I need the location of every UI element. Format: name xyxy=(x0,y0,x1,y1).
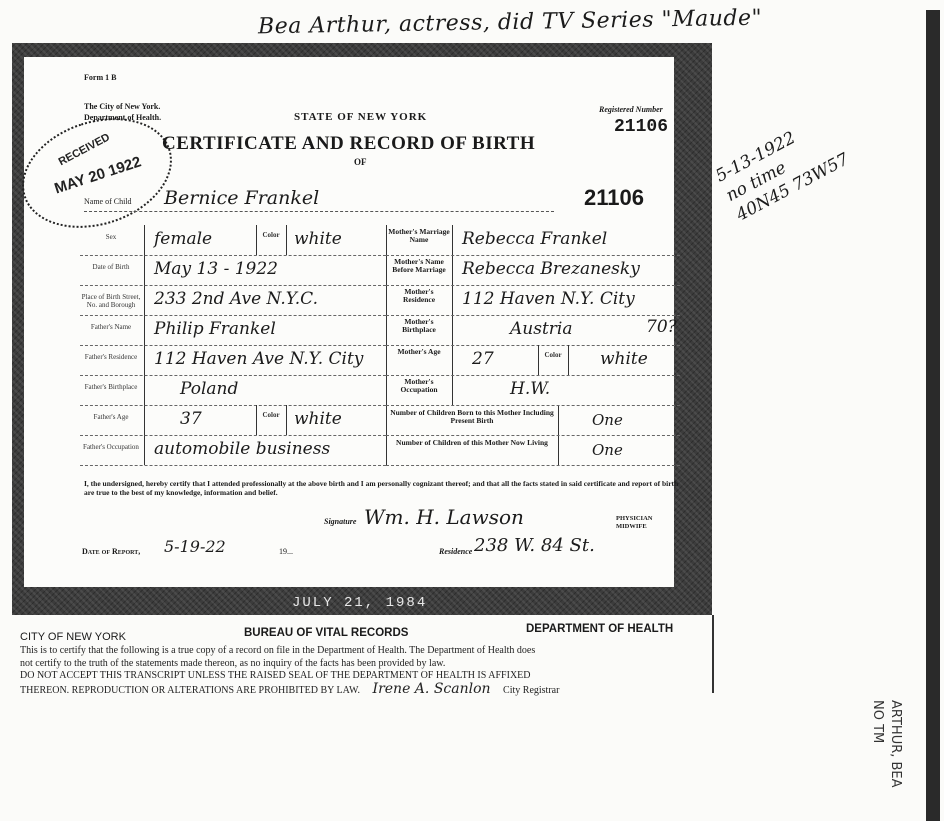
color-value: white xyxy=(600,349,648,369)
copy-date-strip: JULY 21, 1984 xyxy=(12,593,712,615)
left-field-value: 37 xyxy=(180,409,202,429)
certification-statement: I, the undersigned, hereby certify that … xyxy=(84,479,684,497)
vertical-note-name: ARTHUR, BEA xyxy=(886,700,904,788)
left-field-value: female xyxy=(154,229,212,249)
right-field-label: Number of Children of this Mother Now Li… xyxy=(388,439,556,447)
state-heading: STATE OF NEW YORK xyxy=(294,111,427,123)
left-field-value: 233 2nd Ave N.Y.C. xyxy=(154,289,318,309)
color-value: white xyxy=(294,229,342,249)
right-field-label: Mother's Residence xyxy=(388,288,450,304)
copy-date-stamp: JULY 21, 1984 xyxy=(292,595,427,611)
report-date-label: Date of Report, xyxy=(82,547,140,556)
left-field-label: Father's Residence xyxy=(80,353,142,361)
certificate-sheet: Form 1 B The City of New York. Departmen… xyxy=(24,57,674,587)
bureau-certification-footer: CITY OF NEW YORK BUREAU OF VITAL RECORDS… xyxy=(12,615,714,693)
form-number: Form 1 B xyxy=(84,73,116,82)
footer-department: DEPARTMENT OF HEALTH xyxy=(526,623,673,635)
vertical-note-tm: NO TM xyxy=(868,700,886,788)
report-year-suffix: 19... xyxy=(279,547,293,556)
right-field-label: Mother's Age xyxy=(388,348,450,356)
left-field-label: Date of Birth xyxy=(80,263,142,271)
left-field-label: Sex xyxy=(80,233,142,241)
vertical-file-note: ARTHUR, BEA NO TM xyxy=(868,700,904,788)
grid-divider xyxy=(256,405,257,435)
physician-signature: Wm. H. Lawson xyxy=(364,505,524,529)
right-field-label: Mother's Name Before Marriage xyxy=(388,258,450,274)
certificate-title: CERTIFICATE AND RECORD OF BIRTH xyxy=(162,133,535,155)
left-field-value: Poland xyxy=(180,379,238,399)
left-field-value: May 13 - 1922 xyxy=(154,259,278,279)
grid-divider xyxy=(568,345,569,375)
registrar-title: City Registrar xyxy=(503,685,559,696)
grid-divider xyxy=(286,225,287,255)
title-of: OF xyxy=(354,157,367,167)
left-field-label: Place of Birth Street, No. and Borough xyxy=(80,293,142,309)
left-field-value: automobile business xyxy=(154,439,330,459)
report-date-value: 5-19-22 xyxy=(164,537,226,556)
signature-label: Signature xyxy=(324,517,356,526)
footer-city: CITY OF NEW YORK xyxy=(20,631,126,643)
right-field-value: 112 Haven N.Y. City xyxy=(462,289,635,309)
left-field-value: Philip Frankel xyxy=(154,319,276,339)
scan-edge-bar xyxy=(926,10,940,821)
handwritten-top-note: Bea Arthur, actress, did TV Series "Maud… xyxy=(258,6,763,40)
left-field-label: Father's Age xyxy=(80,413,142,421)
child-name-value: Bernice Frankel xyxy=(164,187,319,209)
handwritten-side-note: 5-13-1922 no time 40N45 73W57 xyxy=(712,110,853,227)
registered-number-label: Registered Number xyxy=(599,105,663,114)
right-field-label: Number of Children Born to this Mother I… xyxy=(388,409,556,425)
left-field-label: Father's Occupation xyxy=(80,443,142,451)
right-field-label: Mother's Birthplace xyxy=(388,318,450,334)
right-field-value: Rebecca Frankel xyxy=(462,229,607,249)
footer-bureau: BUREAU OF VITAL RECORDS xyxy=(244,627,408,639)
footer-certification-text: This is to certify that the following is… xyxy=(20,645,710,697)
color-label: Color xyxy=(258,411,284,419)
grid-divider xyxy=(286,405,287,435)
right-field-label: Mother's Marriage Name xyxy=(388,228,450,244)
right-field-extra: 70? xyxy=(646,317,677,337)
registered-number: 21106 xyxy=(614,117,668,137)
color-label: Color xyxy=(258,231,284,239)
child-name-row: Name of Child Bernice Frankel xyxy=(84,187,554,212)
certificate-photocopy: Form 1 B The City of New York. Departmen… xyxy=(12,43,712,615)
physician-midwife-label: PHYSICIAN MIDWIFE xyxy=(616,515,652,531)
grid-divider xyxy=(256,225,257,255)
color-label: Color xyxy=(540,351,566,359)
certificate-number: 21106 xyxy=(584,185,644,211)
right-field-value: Rebecca Brezanesky xyxy=(462,259,640,279)
grid-divider xyxy=(538,345,539,375)
right-field-value: Austria xyxy=(510,319,572,339)
right-field-value: One xyxy=(592,441,623,459)
right-field-value: 27 xyxy=(472,349,494,369)
child-name-label: Name of Child xyxy=(84,197,132,206)
left-field-value: 112 Haven Ave N.Y. City xyxy=(154,349,363,369)
left-field-label: Father's Birthplace xyxy=(80,383,142,391)
left-field-label: Father's Name xyxy=(80,323,142,331)
right-field-value: One xyxy=(592,411,623,429)
right-field-value: H.W. xyxy=(510,379,550,399)
right-field-label: Mother's Occupation xyxy=(388,378,450,394)
residence-value: 238 W. 84 St. xyxy=(474,535,595,556)
residence-label: Residence xyxy=(439,547,472,556)
color-value: white xyxy=(294,409,342,429)
registrar-signature: Irene A. Scanlon xyxy=(373,681,491,697)
